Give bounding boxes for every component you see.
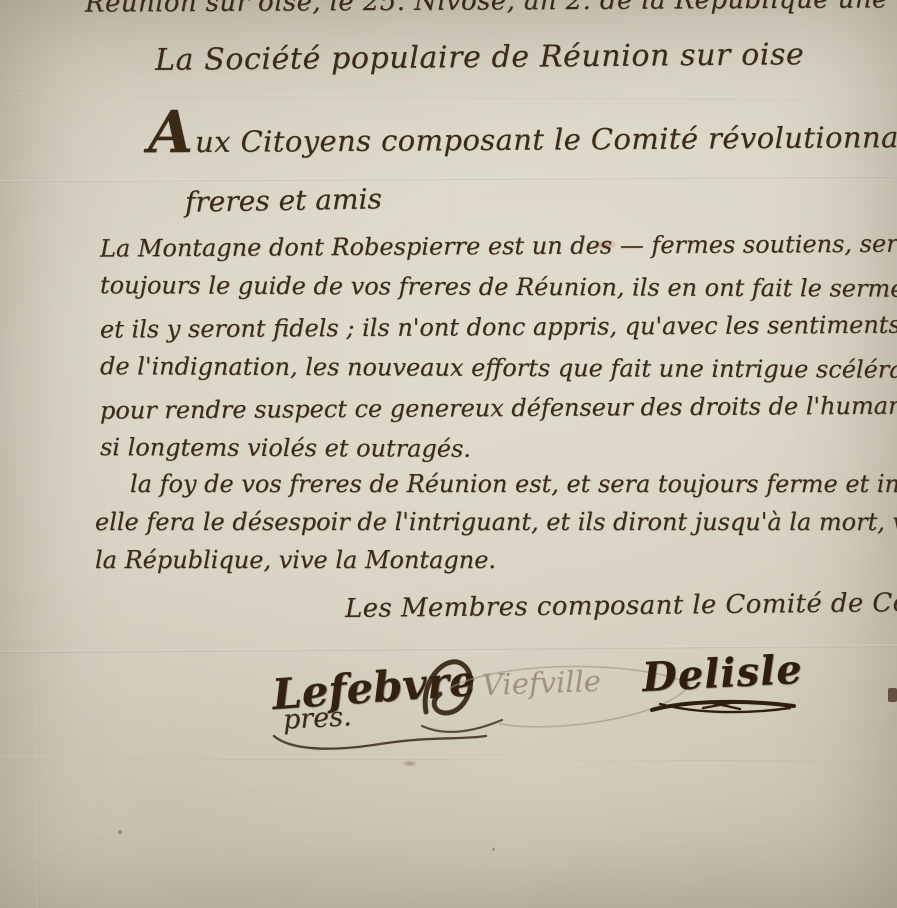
fold-crease-vertical [37, 615, 39, 908]
addressee-line: Aux Citoyens composant le Comité révolut… [148, 95, 897, 174]
signature-delisle: Delisle [641, 646, 804, 701]
fold-crease-horizontal [0, 756, 897, 761]
sender-society-line: La Société populaire de Réunion sur oise [155, 37, 805, 78]
body-line: la foy de vos freres de Réunion est, et … [95, 465, 897, 503]
fold-crease-horizontal [0, 176, 897, 183]
signature-delisle-underline [648, 696, 798, 722]
ink-mark-edge [888, 688, 897, 702]
closing-line: Les Membres composant le Comité de Corre… [345, 586, 897, 624]
body-line: et ils y seront fidels ; ils n'ont donc … [100, 304, 897, 350]
paper-speck [118, 830, 122, 834]
salutation: freres et amis [185, 182, 382, 218]
body-paragraph-2: la foy de vos freres de Réunion est, et … [95, 465, 897, 579]
body-line: de l'indignation, les nouveaux efforts q… [100, 346, 897, 390]
paper-speck [492, 848, 495, 851]
signature-viefville: Viefville [481, 664, 601, 702]
fold-crease-diagonal [0, 781, 272, 882]
body-line: toujours le guide de vos freres de Réuni… [100, 265, 897, 309]
dateline: Réunion sur oise, le 25. Nivôse, an 2. d… [85, 0, 897, 19]
body-paragraph-1: La Montagne dont Robespierre est un des … [100, 226, 897, 469]
manuscript-letter-photo: Réunion sur oise, le 25. Nivôse, an 2. d… [0, 0, 897, 908]
ink-spot [402, 760, 418, 767]
signature-title-pres: pres. [282, 701, 352, 736]
body-line: elle fera le désespoir de l'intriguant, … [95, 503, 897, 541]
body-line: La Montagne dont Robespierre est un des … [100, 223, 897, 269]
body-line: pour rendre suspect ce genereux défenseu… [100, 385, 897, 431]
body-line: la République, vive la Montagne. [95, 541, 897, 579]
